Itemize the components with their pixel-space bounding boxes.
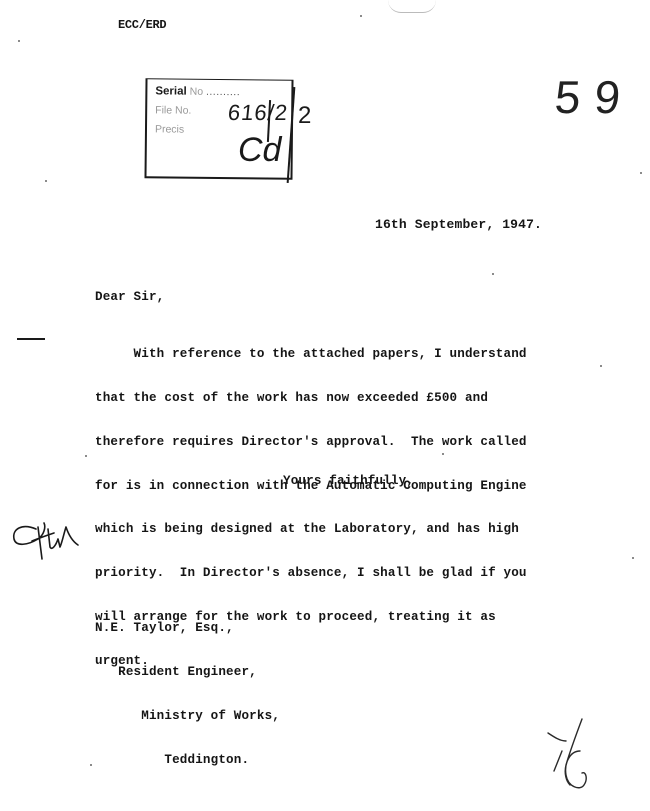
paper-speck xyxy=(90,764,92,766)
bottom-initials-icon xyxy=(540,715,600,800)
stamp-serial-label: Serial xyxy=(155,85,186,97)
stamp-file-row: File No. xyxy=(155,104,191,116)
stamp-precis-label: Precis xyxy=(155,123,184,135)
signature-initials-icon xyxy=(8,515,88,565)
paper-speck xyxy=(85,455,87,457)
body-line: which is being designed at the Laborator… xyxy=(95,522,527,537)
stamp-file-label: File No. xyxy=(155,104,191,116)
addressee-line: N.E. Taylor, Esq., xyxy=(95,621,280,636)
handwritten-file-number: 616/2 xyxy=(227,100,290,126)
handwritten-page-number: 59 xyxy=(553,70,636,124)
letter-date: 16th September, 1947. xyxy=(375,218,542,233)
paper-speck xyxy=(492,273,494,275)
paper-speck xyxy=(632,557,634,559)
body-line: priority. In Director's absence, I shall… xyxy=(95,566,527,581)
paper-speck xyxy=(45,180,47,182)
paper-speck xyxy=(640,172,642,174)
letter-addressee: N.E. Taylor, Esq., Resident Engineer, Mi… xyxy=(95,592,280,782)
addressee-line: Ministry of Works, xyxy=(95,709,280,724)
letter-reference: ECC/ERD xyxy=(118,18,166,33)
addressee-line: Resident Engineer, xyxy=(95,665,280,680)
stamp-serial-row: Serial No .......... xyxy=(155,85,240,98)
addressee-line: Teddington. xyxy=(95,753,280,768)
paper-smudge xyxy=(388,0,436,13)
stamp-precis-row: Precis xyxy=(155,123,184,135)
letter-salutation: Dear Sir, xyxy=(95,290,164,305)
handwritten-extra-number: 2 xyxy=(298,102,311,130)
stamp-serial-suffix: No xyxy=(190,86,204,98)
margin-mark xyxy=(17,338,45,340)
body-line: that the cost of the work has now exceed… xyxy=(95,391,527,406)
paper-speck xyxy=(360,15,362,17)
handwritten-initials-cd: Cd xyxy=(238,131,281,170)
paper-speck xyxy=(18,40,20,42)
body-line: With reference to the attached papers, I… xyxy=(95,347,527,362)
stamp-serial-dots: .......... xyxy=(206,86,240,98)
body-line: therefore requires Director's approval. … xyxy=(95,435,527,450)
letter-closing: Yours faithfully, xyxy=(283,474,414,489)
paper-speck xyxy=(600,365,602,367)
